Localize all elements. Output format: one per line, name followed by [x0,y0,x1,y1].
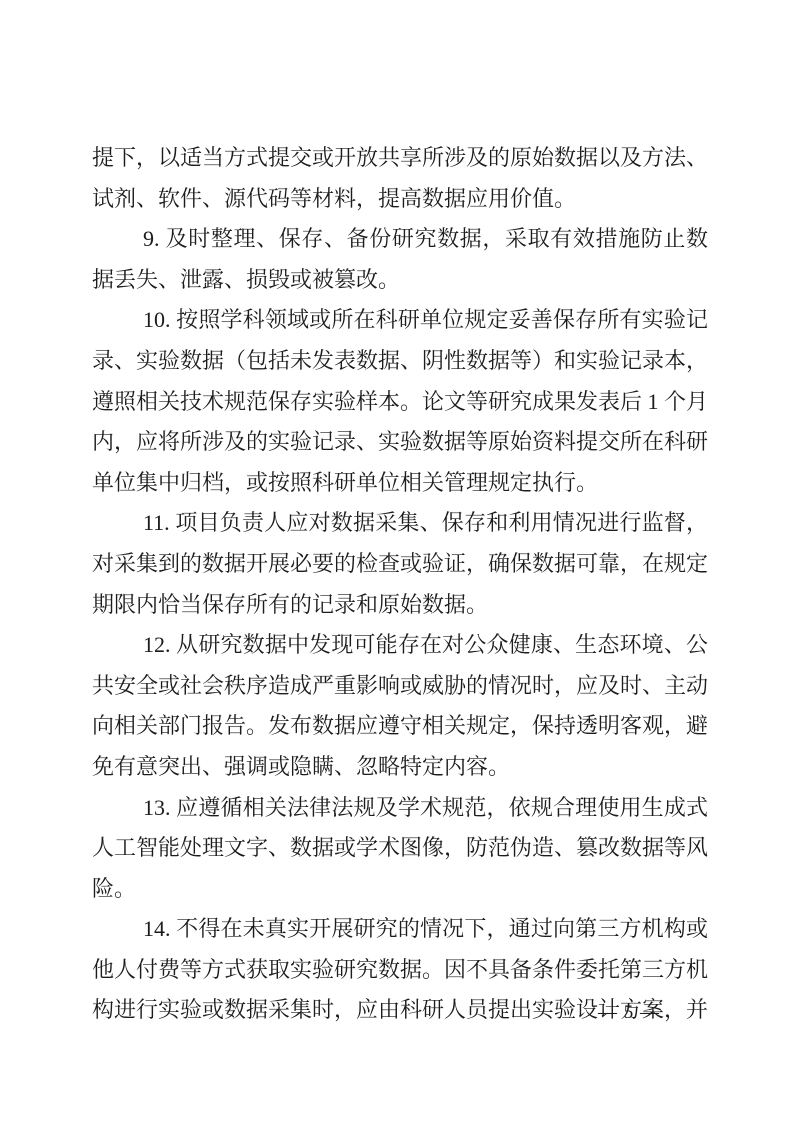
page-number: — 5 — [598,1001,718,1025]
paragraph-1: 9. 及时整理、保存、备份研究数据，采取有效措施防止数据丢失、泄露、损毁或被篡改… [92,219,708,300]
paragraph-3: 11. 项目负责人应对数据采集、保存和利用情况进行监督，对采集到的数据开展必要的… [92,503,708,625]
paragraph-4: 12. 从研究数据中发现可能存在对公众健康、生态环境、公共安全或社会秩序造成严重… [92,625,708,787]
paragraph-0: 提下，以适当方式提交或开放共享所涉及的原始数据以及方法、试剂、软件、源代码等材料… [92,138,708,219]
paragraph-5: 13. 应遵循相关法律法规及学术规范，依规合理使用生成式人工智能处理文字、数据或… [92,788,708,910]
paragraph-2: 10. 按照学科领域或所在科研单位规定妥善保存所有实验记录、实验数据（包括未发表… [92,300,708,503]
document-page: 提下，以适当方式提交或开放共享所涉及的原始数据以及方法、试剂、软件、源代码等材料… [0,0,794,1123]
document-body: 提下，以适当方式提交或开放共享所涉及的原始数据以及方法、试剂、软件、源代码等材料… [92,138,708,1031]
